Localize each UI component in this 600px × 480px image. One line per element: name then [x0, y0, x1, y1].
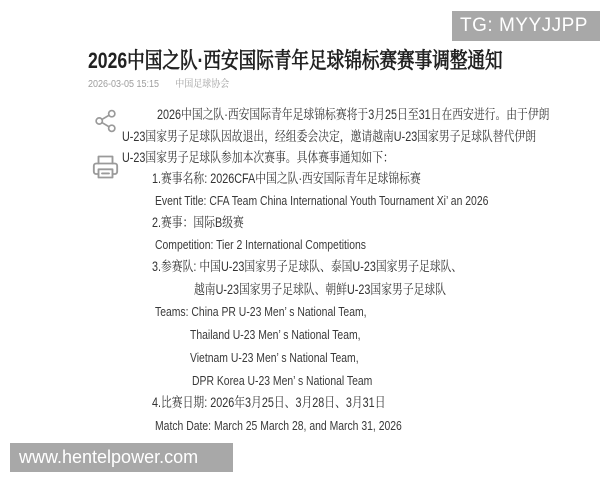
- article-line: 2026中国之队·西安国际青年足球锦标赛将于3月25日至31日在西安进行。由于伊…: [157, 107, 549, 124]
- article-line: 2.赛事：国际B级赛: [152, 215, 244, 232]
- article-page: TG: MYYJJPP 2026中国之队·西安国际青年足球锦标赛赛事调整通知 2…: [0, 0, 600, 480]
- article-line: 4.比赛日期: 2026年3月25日、3月28日、3月31日: [152, 395, 386, 412]
- article-line: Vietnam U-23 Men’ s National Team,: [190, 350, 359, 366]
- article-line: 越南U-23国家男子足球队、朝鲜U-23国家男子足球队: [194, 282, 446, 299]
- article-line: Competition: Tier 2 International Compet…: [155, 237, 366, 253]
- article-line: 1.赛事名称: 2026CFA中国之队·西安国际青年足球锦标赛: [152, 171, 421, 188]
- article-line: DPR Korea U-23 Men’ s National Team: [192, 373, 372, 389]
- article-line: U-23国家男子足球队因故退出，经组委会决定，邀请越南U-23国家男子足球队替代…: [122, 129, 536, 146]
- site-watermark: www.hentelpower.com: [10, 443, 233, 472]
- article-line: Teams: China PR U-23 Men’ s National Tea…: [155, 304, 367, 320]
- article-line: Thailand U-23 Men’ s National Team,: [190, 327, 361, 343]
- article-line: U-23国家男子足球队参加本次赛事。具体赛事通知如下：: [122, 150, 394, 167]
- article-line: Match Date: March 25 March 28, and March…: [155, 418, 402, 434]
- article-body: 2026中国之队·西安国际青年足球锦标赛将于3月25日至31日在西安进行。由于伊…: [0, 0, 600, 480]
- article-line: 3.参赛队: 中国U-23国家男子足球队、泰国U-23国家男子足球队、: [152, 259, 462, 276]
- article-line: Event Title: CFA Team China Internationa…: [155, 193, 488, 209]
